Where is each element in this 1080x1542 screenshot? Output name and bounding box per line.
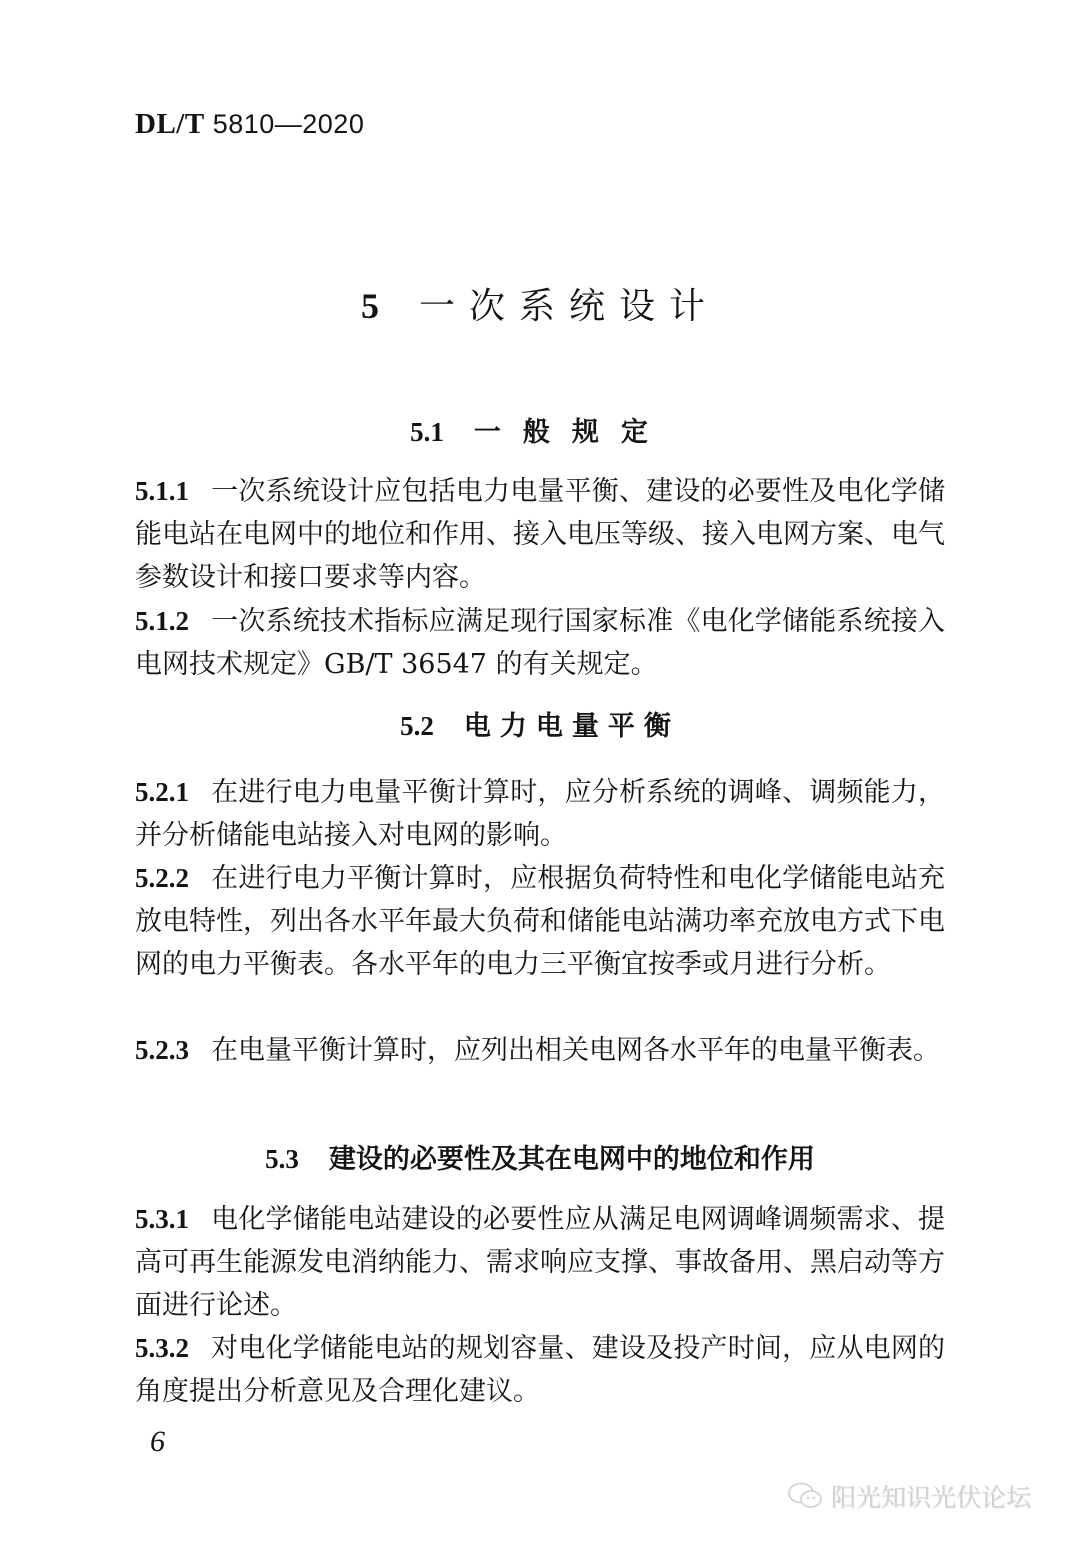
clause-5-2-2: 5.2.2在进行电力平衡计算时，应根据负荷特性和电化学储能电站充放电特性，列出各…	[135, 857, 945, 986]
clause-number: 5.3.2	[135, 1333, 189, 1363]
chapter-number: 5	[361, 286, 379, 326]
chapter-title: 一次系统设计	[419, 286, 719, 327]
section-heading-5-3: 5.3建设的必要性及其在电网中的地位和作用	[0, 1137, 1080, 1176]
clause-number: 5.3.1	[135, 1204, 189, 1234]
watermark-text: 阳光知识光伏论坛	[831, 1478, 1031, 1514]
section-number: 5.2	[400, 711, 434, 741]
clause-5-2-1: 5.2.1在进行电力电量平衡计算时，应分析系统的调峰、调频能力，并分析储能电站接…	[135, 771, 945, 857]
section-heading-5-1: 5.1一般规定	[0, 410, 1080, 449]
clause-5-1-1: 5.1.1一次系统设计应包括电力电量平衡、建设的必要性及电化学储能电站在电网中的…	[135, 470, 945, 599]
section-title: 电力电量平衡	[464, 711, 680, 742]
clause-text: 电化学储能电站建设的必要性应从满足电网调峰调频需求、提高可再生能源发电消纳能力、…	[135, 1204, 945, 1321]
clause-number: 5.2.2	[135, 863, 189, 893]
clause-number: 5.1.1	[135, 476, 189, 506]
section-title: 建设的必要性及其在电网中的地位和作用	[329, 1144, 815, 1175]
clause-number: 5.1.2	[135, 606, 189, 636]
section-number: 5.3	[265, 1144, 299, 1174]
clause-5-2-3: 5.2.3在电量平衡计算时，应列出相关电网各水平年的电量平衡表。	[135, 1029, 945, 1072]
chapter-heading: 5一次系统设计	[0, 278, 1080, 329]
standard-code: DL/T 5810—2020	[135, 108, 364, 141]
section-number: 5.1	[410, 417, 444, 447]
clause-number: 5.2.3	[135, 1035, 189, 1065]
clause-text: 对电化学储能电站的规划容量、建设及投产时间，应从电网的角度提出分析意见及合理化建…	[135, 1333, 945, 1407]
clause-5-3-2: 5.3.2对电化学储能电站的规划容量、建设及投产时间，应从电网的角度提出分析意见…	[135, 1327, 945, 1413]
section-heading-5-2: 5.2电力电量平衡	[0, 704, 1080, 743]
clause-text: 在电量平衡计算时，应列出相关电网各水平年的电量平衡表。	[211, 1035, 940, 1066]
clause-5-3-1: 5.3.1电化学储能电站建设的必要性应从满足电网调峰调频需求、提高可再生能源发电…	[135, 1198, 945, 1327]
clause-text: 一次系统设计应包括电力电量平衡、建设的必要性及电化学储能电站在电网中的地位和作用…	[135, 476, 945, 593]
clause-text: 在进行电力平衡计算时，应根据负荷特性和电化学储能电站充放电特性，列出各水平年最大…	[135, 863, 945, 980]
page-number: 6	[150, 1425, 165, 1459]
clause-number: 5.2.1	[135, 777, 189, 807]
section-title: 一般规定	[474, 417, 670, 448]
standard-prefix: DL/T	[135, 108, 205, 140]
wechat-icon	[787, 1481, 825, 1511]
clause-text: 在进行电力电量平衡计算时，应分析系统的调峰、调频能力，并分析储能电站接入对电网的…	[135, 777, 945, 851]
clause-5-1-2: 5.1.2一次系统技术指标应满足现行国家标准《电化学储能系统接入电网技术规定》G…	[135, 600, 945, 686]
standard-number: 5810—2020	[213, 109, 365, 139]
clause-text: 一次系统技术指标应满足现行国家标准《电化学储能系统接入电网技术规定》GB/T 3…	[135, 606, 945, 680]
watermark: 阳光知识光伏论坛	[787, 1478, 1031, 1514]
